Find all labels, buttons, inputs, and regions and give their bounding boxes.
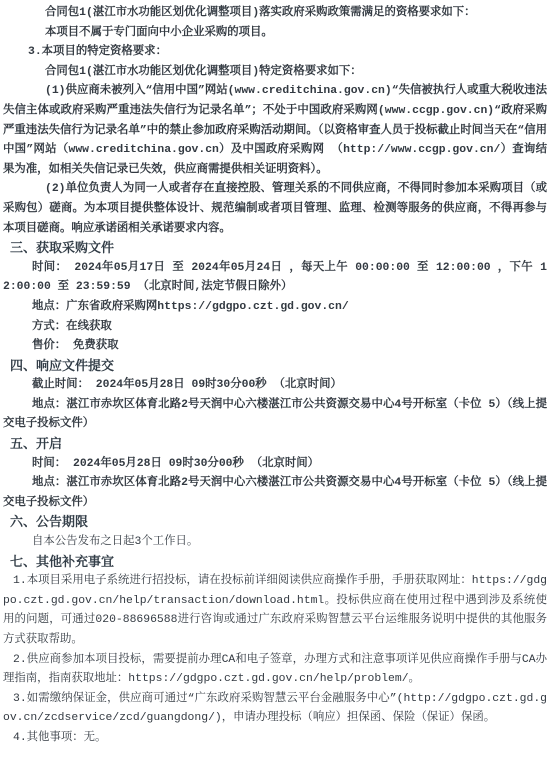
- section-title-obtain-documents: 三、获取采购文件: [3, 239, 547, 259]
- same-legal-person-clause: (2)单位负责人为同一人或者存在直接控股、管理关系的不同供应商，不得同时参加本采…: [3, 180, 547, 239]
- opening-place-line: 地点：湛江市赤坎区体育北路2号天润中心六楼湛江市公共资源交易中心4号开标室（卡位…: [3, 474, 547, 513]
- other-matter-item-2: 2.供应商参加本项目投标，需要提前办理CA和电子签章，办理方式和注意事项详见供应…: [3, 651, 547, 690]
- opening-time-line: 时间： 2024年05月28日 09时30分00秒 （北京时间）: [3, 455, 547, 475]
- credit-china-clause: (1)供应商未被列入“信用中国”网站(www.creditchina.gov.c…: [3, 82, 547, 180]
- other-matter-item-4: 4.其他事项：无。: [3, 729, 547, 749]
- section-title-announcement-period: 六、公告期限: [3, 513, 547, 533]
- obtain-place-line: 地点：广东省政府采购网https://gdgpo.czt.gd.gov.cn/: [3, 298, 547, 318]
- obtain-time-line: 时间： 2024年05月17日 至 2024年05月24日 ，每天上午 00:0…: [3, 259, 547, 298]
- submission-deadline-line: 截止时间： 2024年05月28日 09时30分00秒 （北京时间）: [3, 376, 547, 396]
- section-title-opening: 五、开启: [3, 435, 547, 455]
- procurement-announcement-document: 合同包1(湛江市水功能区划优化调整项目)落实政府采购政策需满足的资格要求如下： …: [0, 0, 550, 764]
- section-title-response-submission: 四、响应文件提交: [3, 357, 547, 377]
- sme-statement-line: 本项目不属于专门面向中小企业采购的项目。: [3, 24, 547, 44]
- qualification-policy-line: 合同包1(湛江市水功能区划优化调整项目)落实政府采购政策需满足的资格要求如下：: [3, 4, 547, 24]
- other-matter-item-1: 1.本项目采用电子系统进行招投标，请在投标前详细阅读供应商操作手册，手册获取网址…: [3, 572, 547, 650]
- obtain-price-line: 售价： 免费获取: [3, 337, 547, 357]
- announcement-period-line: 自本公告发布之日起3个工作日。: [3, 533, 547, 553]
- contract-package-requirement: 合同包1(湛江市水功能区划优化调整项目)特定资格要求如下：: [3, 63, 547, 83]
- specific-requirement-label: 3.本项目的特定资格要求：: [3, 43, 547, 63]
- section-title-other-matters: 七、其他补充事宜: [3, 553, 547, 573]
- obtain-method-line: 方式：在线获取: [3, 318, 547, 338]
- submission-place-line: 地点：湛江市赤坎区体育北路2号天润中心六楼湛江市公共资源交易中心4号开标室（卡位…: [3, 396, 547, 435]
- other-matter-item-3: 3.如需缴纳保证金，供应商可通过“广东政府采购智慧云平台金融服务中心”(http…: [3, 690, 547, 729]
